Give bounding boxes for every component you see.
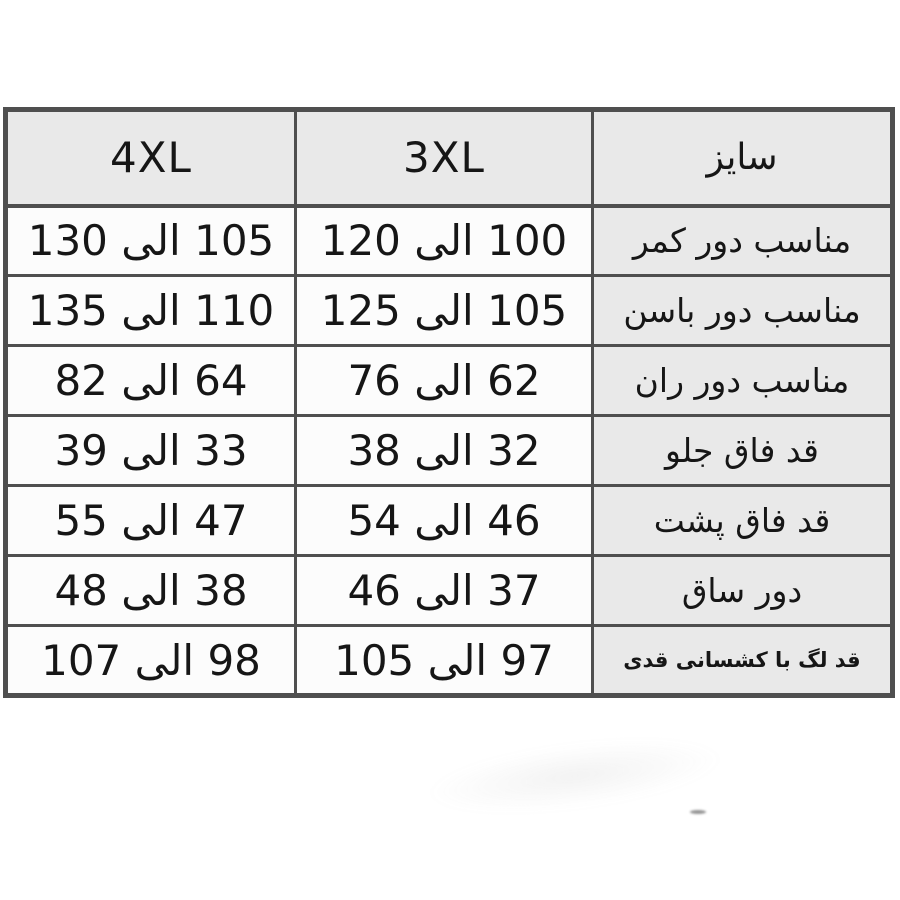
table-header-row: سایز 3XL 4XL bbox=[6, 110, 893, 206]
cell-4xl: 33 الی 39 bbox=[6, 416, 296, 486]
row-label: مناسب دور ران bbox=[593, 346, 893, 416]
cell-4xl: 98 الی 107 bbox=[6, 626, 296, 696]
background-smudge bbox=[422, 727, 727, 825]
size-chart-table: سایز 3XL 4XL مناسب دور کمر 100 الی 120 1… bbox=[3, 107, 895, 698]
table-row-leg-length: قد لگ با کشسانی قدی 97 الی 105 98 الی 10… bbox=[6, 626, 893, 696]
cell-4xl: 105 الی 130 bbox=[6, 206, 296, 276]
background-speck bbox=[690, 810, 706, 814]
table-row-calf: دور ساق 37 الی 46 38 الی 48 bbox=[6, 556, 893, 626]
header-cell-4xl: 4XL bbox=[6, 110, 296, 206]
cell-3xl: 32 الی 38 bbox=[296, 416, 593, 486]
header-cell-3xl: 3XL bbox=[296, 110, 593, 206]
cell-4xl: 38 الی 48 bbox=[6, 556, 296, 626]
cell-3xl: 37 الی 46 bbox=[296, 556, 593, 626]
row-label: قد لگ با کشسانی قدی bbox=[593, 626, 893, 696]
table-row-hip: مناسب دور باسن 105 الی 125 110 الی 135 bbox=[6, 276, 893, 346]
cell-3xl: 46 الی 54 bbox=[296, 486, 593, 556]
cell-4xl: 47 الی 55 bbox=[6, 486, 296, 556]
cell-3xl: 100 الی 120 bbox=[296, 206, 593, 276]
cell-4xl: 64 الی 82 bbox=[6, 346, 296, 416]
page-canvas: سایز 3XL 4XL مناسب دور کمر 100 الی 120 1… bbox=[0, 0, 900, 900]
cell-3xl: 62 الی 76 bbox=[296, 346, 593, 416]
header-cell-size: سایز bbox=[593, 110, 893, 206]
row-label: دور ساق bbox=[593, 556, 893, 626]
table-row-front-rise: قد فاق جلو 32 الی 38 33 الی 39 bbox=[6, 416, 893, 486]
row-label: قد فاق پشت bbox=[593, 486, 893, 556]
table-row-back-rise: قد فاق پشت 46 الی 54 47 الی 55 bbox=[6, 486, 893, 556]
table-row-thigh: مناسب دور ران 62 الی 76 64 الی 82 bbox=[6, 346, 893, 416]
cell-3xl: 97 الی 105 bbox=[296, 626, 593, 696]
row-label: مناسب دور باسن bbox=[593, 276, 893, 346]
row-label: قد فاق جلو bbox=[593, 416, 893, 486]
row-label: مناسب دور کمر bbox=[593, 206, 893, 276]
cell-4xl: 110 الی 135 bbox=[6, 276, 296, 346]
table-row-waist: مناسب دور کمر 100 الی 120 105 الی 130 bbox=[6, 206, 893, 276]
cell-3xl: 105 الی 125 bbox=[296, 276, 593, 346]
